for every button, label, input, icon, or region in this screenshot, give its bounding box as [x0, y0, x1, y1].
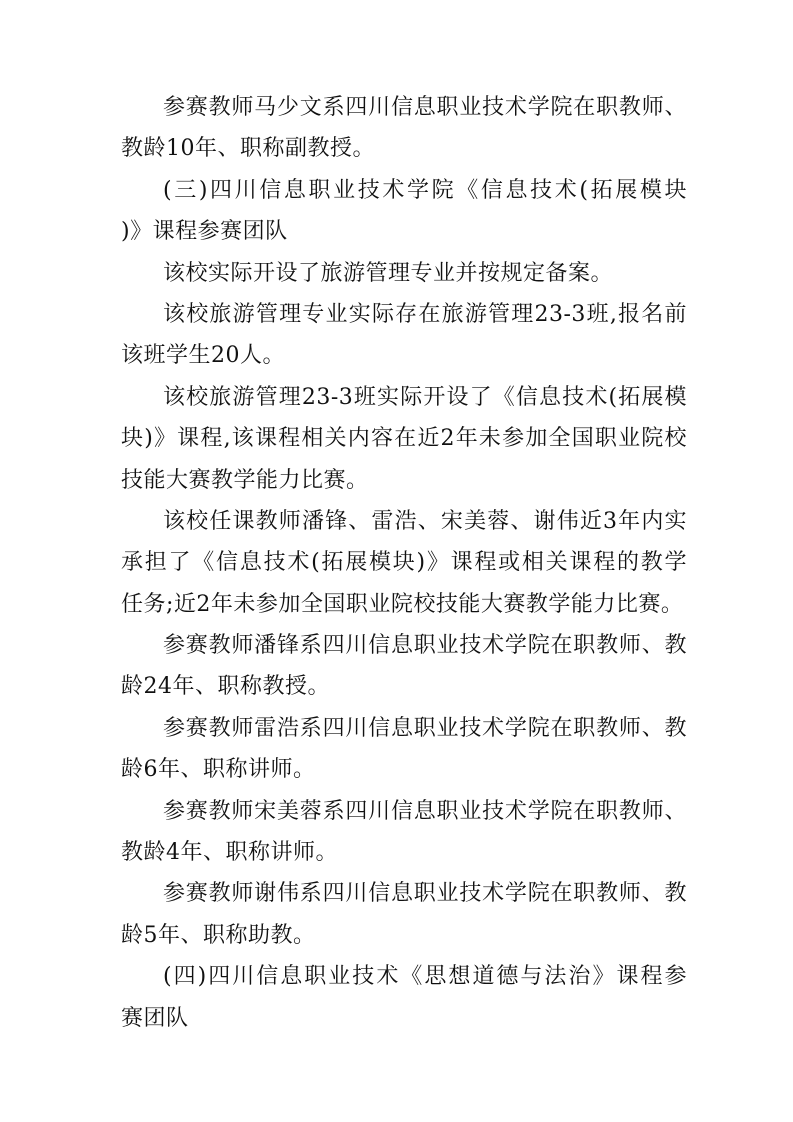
text-line: 该校任课教师潘锋、雷浩、宋美蓉、谢伟近3年内实际	[121, 501, 687, 542]
text-line: 该校旅游管理专业实际存在旅游管理23-3班,报名前	[121, 294, 687, 335]
text-line: 龄24年、职称教授。	[121, 666, 687, 707]
text-line: 参赛教师宋美蓉系四川信息职业技术学院在职教师、	[121, 791, 687, 832]
text-line: 赛团队	[121, 998, 687, 1039]
text-line: 参赛教师雷浩系四川信息职业技术学院在职教师、教	[121, 708, 687, 749]
text-line: 参赛教师谢伟系四川信息职业技术学院在职教师、教	[121, 873, 687, 914]
text-line: )》课程参赛团队	[121, 211, 687, 252]
document-page: 参赛教师马少文系四川信息职业技术学院在职教师、教龄10年、职称副教授。(三)四川…	[0, 0, 793, 1122]
text-line: 承担了《信息技术(拓展模块)》课程或相关课程的教学	[121, 542, 687, 583]
text-line: (四)四川信息职业技术《思想道德与法治》课程参	[121, 956, 687, 997]
text-line: 任务;近2年未参加全国职业院校技能大赛教学能力比赛。	[121, 584, 687, 625]
text-line: 块)》课程,该课程相关内容在近2年未参加全国职业院校	[121, 418, 687, 459]
text-line: 教龄10年、职称副教授。	[121, 128, 687, 169]
text-line: 参赛教师潘锋系四川信息职业技术学院在职教师、教	[121, 625, 687, 666]
text-line: 技能大赛教学能力比赛。	[121, 460, 687, 501]
text-line: 参赛教师马少文系四川信息职业技术学院在职教师、	[121, 87, 687, 128]
text-line: 龄5年、职称助教。	[121, 915, 687, 956]
text-line: 该班学生20人。	[121, 335, 687, 376]
text-line: 教龄4年、职称讲师。	[121, 832, 687, 873]
document-text-block: 参赛教师马少文系四川信息职业技术学院在职教师、教龄10年、职称副教授。(三)四川…	[121, 87, 687, 1039]
text-line: 该校实际开设了旅游管理专业并按规定备案。	[121, 253, 687, 294]
text-line: 龄6年、职称讲师。	[121, 749, 687, 790]
text-line: 该校旅游管理23-3班实际开设了《信息技术(拓展模	[121, 377, 687, 418]
text-line: (三)四川信息职业技术学院《信息技术(拓展模块	[121, 170, 687, 211]
